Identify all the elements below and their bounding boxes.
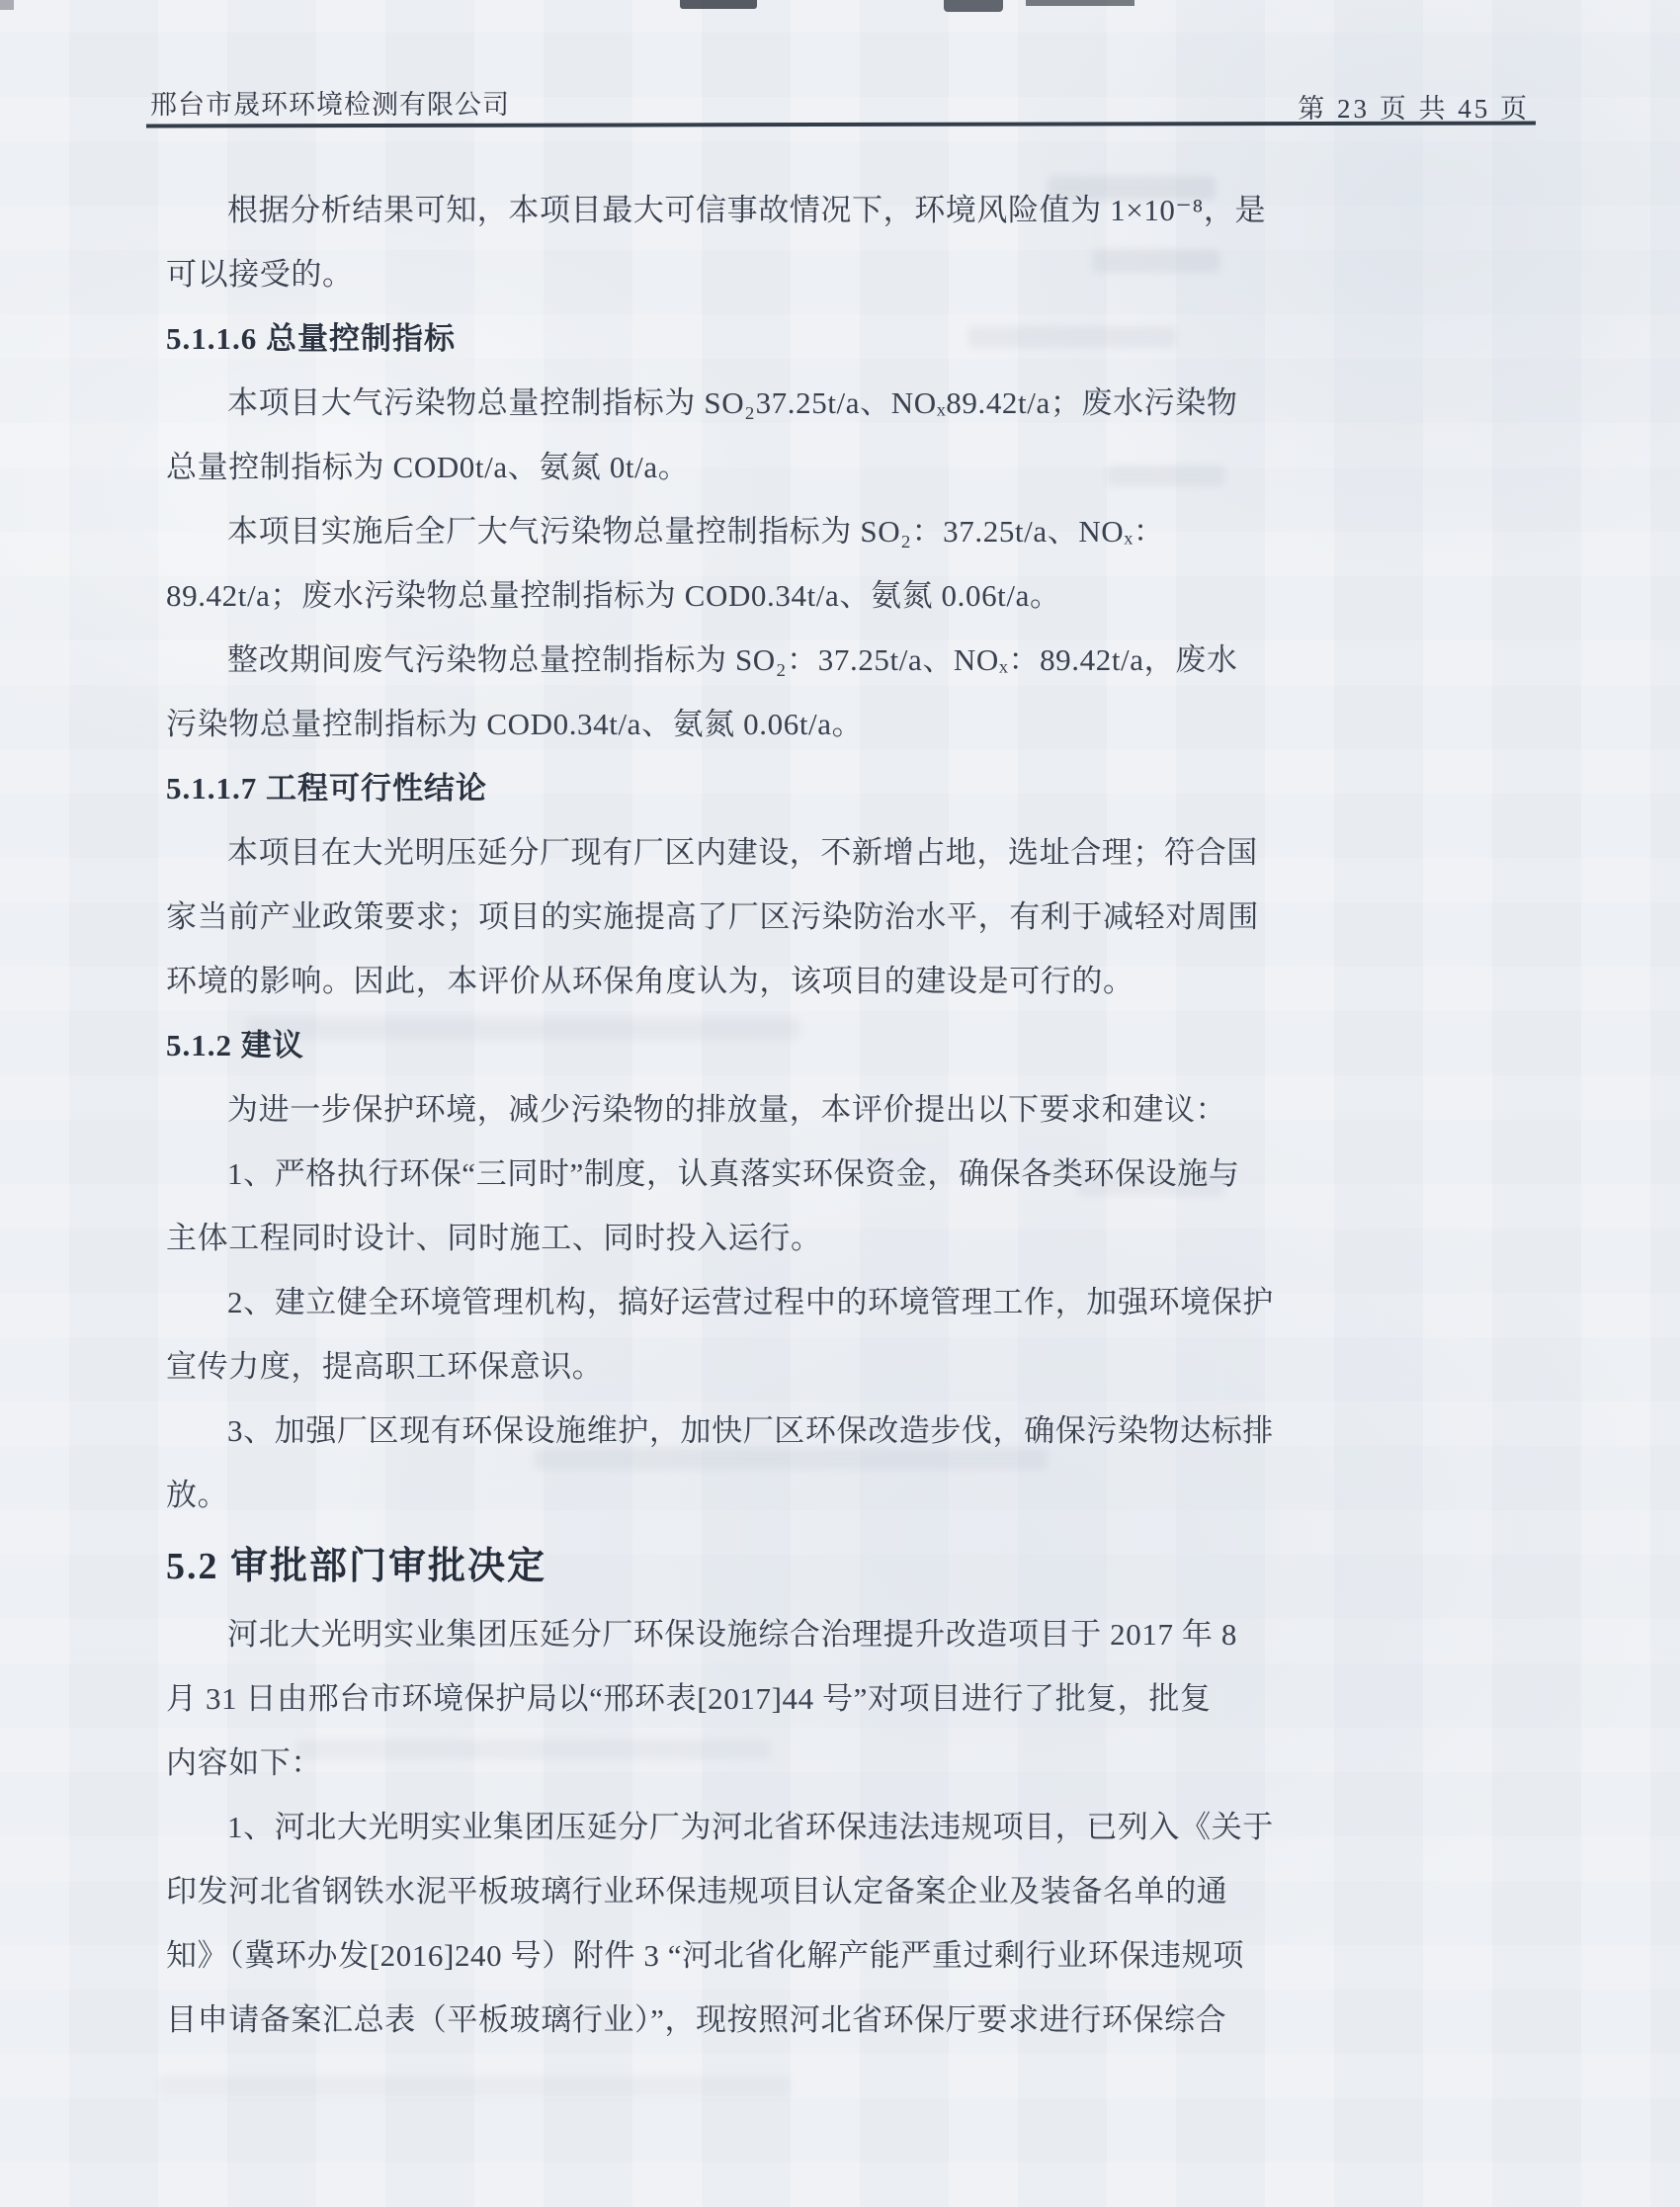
section-heading: 5.1.1.7 工程可行性结论 xyxy=(166,756,1332,820)
text-line: 根据分析结果可知，本项目最大可信事故情况下，环境风险值为 1×10⁻⁸，是 xyxy=(166,178,1332,242)
text-line: 知》（冀环办发[2016]240 号）附件 3 “河北省化解产能严重过剩行业环保… xyxy=(166,1923,1332,1988)
section-heading: 5.1.2 建议 xyxy=(166,1013,1332,1077)
text-line: 89.42t/a；废水污染物总量控制指标为 COD0.34t/a、氨氮 0.06… xyxy=(166,563,1332,628)
section-heading: 5.2 审批部门审批决定 xyxy=(166,1531,1332,1602)
text-line: 本项目在大光明压延分厂现有厂区内建设，不新增占地，选址合理；符合国 xyxy=(166,820,1332,885)
text-line: 宣传力度，提高职工环保意识。 xyxy=(166,1334,1332,1399)
text-line: 家当前产业政策要求；项目的实施提高了厂区污染防治水平，有利于减轻对周围 xyxy=(166,885,1332,949)
text-line: 可以接受的。 xyxy=(166,242,1332,306)
text-line: 3、加强厂区现有环保设施维护，加快厂区环保改造步伐，确保污染物达标排 xyxy=(166,1399,1332,1463)
scan-edge-artifact xyxy=(944,0,1003,12)
bleed-through-artifact xyxy=(158,2076,791,2097)
text-line: 印发河北省钢铁水泥平板玻璃行业环保违规项目认定备案企业及装备名单的通 xyxy=(166,1859,1332,1923)
document-body: 根据分析结果可知，本项目最大可信事故情况下，环境风险值为 1×10⁻⁸，是可以接… xyxy=(166,178,1332,2052)
section-heading: 5.1.1.6 总量控制指标 xyxy=(166,306,1332,371)
text-line: 污染物总量控制指标为 COD0.34t/a、氨氮 0.06t/a。 xyxy=(166,692,1332,756)
text-line: 整改期间废气污染物总量控制指标为 SO₂：37.25t/a、NOₓ：89.42t… xyxy=(166,628,1332,692)
text-line: 1、严格执行环保“三同时”制度，认真落实环保资金，确保各类环保设施与 xyxy=(166,1142,1332,1206)
text-line: 2、建立健全环境管理机构，搞好运营过程中的环境管理工作，加强环境保护 xyxy=(166,1270,1332,1334)
text-line: 环境的影响。因此，本评价从环保角度认为，该项目的建设是可行的。 xyxy=(166,949,1332,1013)
text-line: 目申请备案汇总表（平板玻璃行业）”，现按照河北省环保厅要求进行环保综合 xyxy=(166,1988,1332,2052)
text-line: 总量控制指标为 COD0t/a、氨氮 0t/a。 xyxy=(166,435,1332,499)
scanned-document-page: 邢台市晟环环境检测有限公司 第 23 页 共 45 页 根据分析结果可知，本项目… xyxy=(0,0,1680,2207)
text-line: 河北大光明实业集团压延分厂环保设施综合治理提升改造项目于 2017 年 8 xyxy=(166,1602,1332,1666)
header-rule xyxy=(146,122,1536,128)
text-line: 月 31 日由邢台市环境保护局以“邢环表[2017]44 号”对项目进行了批复，… xyxy=(166,1666,1332,1731)
text-line: 主体工程同时设计、同时施工、同时投入运行。 xyxy=(166,1206,1332,1270)
company-name: 邢台市晟环环境检测有限公司 xyxy=(150,83,510,122)
text-line: 内容如下： xyxy=(166,1731,1332,1795)
text-line: 放。 xyxy=(166,1463,1332,1527)
text-line: 本项目大气污染物总量控制指标为 SO₂37.25t/a、NOₓ89.42t/a；… xyxy=(166,371,1332,435)
scan-edge-artifact xyxy=(1026,0,1134,6)
text-line: 为进一步保护环境，减少污染物的排放量，本评价提出以下要求和建议： xyxy=(166,1077,1332,1142)
scan-edge-artifact xyxy=(680,0,757,9)
page-number-info: 第 23 页 共 45 页 xyxy=(1298,87,1530,126)
text-line: 1、河北大光明实业集团压延分厂为河北省环保违法违规项目，已列入《关于 xyxy=(166,1795,1332,1859)
scan-edge-artifact xyxy=(0,0,14,10)
text-line: 本项目实施后全厂大气污染物总量控制指标为 SO₂：37.25t/a、NOₓ： xyxy=(166,499,1332,563)
